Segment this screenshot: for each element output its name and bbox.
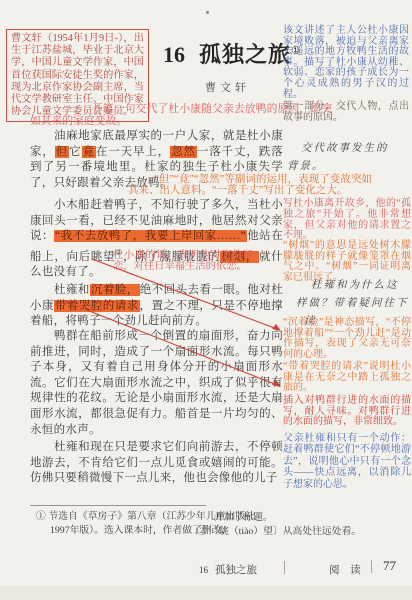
scan-edge: [0, 586, 412, 600]
p1-text: 它: [69, 146, 81, 158]
highlighted-phrase: 沉着脸，: [90, 284, 140, 296]
highlighted-word: 竟: [82, 146, 96, 158]
ink-speck: [206, 11, 209, 14]
handwritten-question-line1: 杜雍和为什么这: [311, 277, 399, 292]
footer-lesson-title: 孤独之旅: [215, 565, 257, 576]
margin-note-leaving-home: 写杜小康离开故乡，他的“孤独之旅”开始了。他非常想家，但父亲对他的请求置之不理。: [283, 199, 411, 242]
textbook-page: 曹文轩（1954年1月9日-），出生于江苏盐城，毕业于北京大学，中国儿童文学作家…: [0, 0, 412, 600]
footnote-2: ② 〔眺（tiào）望〕从高处往远处看。: [197, 525, 397, 539]
lesson-title-text: 孤独之旅: [199, 42, 291, 67]
margin-note-crying-request: “带着哭腔的请求”说明杜小康是在无奈之中踏上孤独之旅的。: [283, 362, 411, 394]
footnote-2-marker: ②: [197, 526, 207, 537]
handwritten-question-line2: 样做？带着疑问往下: [296, 295, 409, 310]
margin-note-opening: 开篇一句交代了杜小康随父亲去放鸭的原因，即突如其来的家庭变故。: [30, 104, 332, 127]
margin-note-father-action: 父亲杜雍和只有一个动作：赶着鸭群使它们“不停顿地游去”，说明他心中只有一个念头—…: [283, 433, 411, 490]
handwritten-note-background-line1: 交代故事发生的: [301, 140, 389, 155]
lesson-number: 16: [163, 42, 185, 67]
footer-divider-bar: [284, 561, 285, 574]
paragraph-5: 杜雍和现在只是要求它们向前游去，不停顿地游去，不肯给它们一点儿觅食或嬉闹的可能。…: [30, 440, 283, 487]
footer-page-number: 77: [383, 558, 396, 574]
footnote-divider: [30, 505, 206, 506]
highlighted-quote: “我不去放鸭了，我要上岸回家……”: [54, 230, 247, 242]
highlighted-word: 但: [55, 146, 69, 158]
margin-note-summary: 该文讲述了主人公杜小康因家境败落，被迫与父亲离家去遥远的地方牧鸭生活的故事。描写…: [283, 26, 409, 100]
lesson-title: 16孤独之旅①: [163, 38, 301, 69]
p3-text: 杜雍和: [54, 284, 90, 296]
handwritten-note-background-line2: 背景。: [287, 158, 325, 173]
footnote-1-marker: ①: [36, 511, 46, 522]
inline-note-dukang-words: 杜小康的话，表明他对家的留恋，对往日幸福生活的依恋。: [113, 251, 253, 272]
footer-lesson: 16孤独之旅: [199, 562, 257, 577]
lesson-author: 曹文轩: [205, 79, 250, 95]
margin-note-stern-face: “沉着脸”是神态描写，“不停地撑着船”“一个劲儿赶”是动作描写，表现了父亲无可奈…: [283, 318, 411, 360]
margin-note-duck-water: 插入对鸭群行进的水面的描写，耐人寻味。对鸭群行进的水面的描写，非常细致。: [283, 396, 411, 428]
footer-section: 阅 读: [329, 562, 365, 577]
inline-note-adverbs: “但”“竟”“忽然”等副词的运用，表现了变故突如其来、出人意料。“一落千丈”写出…: [128, 174, 372, 196]
footer-divider-bar: [371, 560, 372, 573]
paragraph-3: 杜雍和沉着脸，绝不回头去看一眼。他对杜小康带着哭腔的请求，置之不理，只是不停地撑…: [30, 283, 283, 330]
footer-lesson-number: 16: [199, 565, 208, 575]
highlighted-word: 忽然: [170, 146, 197, 158]
footnote-2-text: 〔眺（tiào）望〕从高处往远处看。: [209, 526, 361, 537]
footnote-1-continued: 并加了标题。: [214, 511, 304, 525]
p1-text: 在一天早上，: [96, 146, 170, 158]
paragraph-4: 鸭群在船前形成一个倒置的扇面形，奋力向前推进，同时，造成了一个扇面形水流。每只鸭…: [30, 329, 283, 438]
highlighted-phrase: 带着哭腔的请求: [54, 300, 140, 312]
